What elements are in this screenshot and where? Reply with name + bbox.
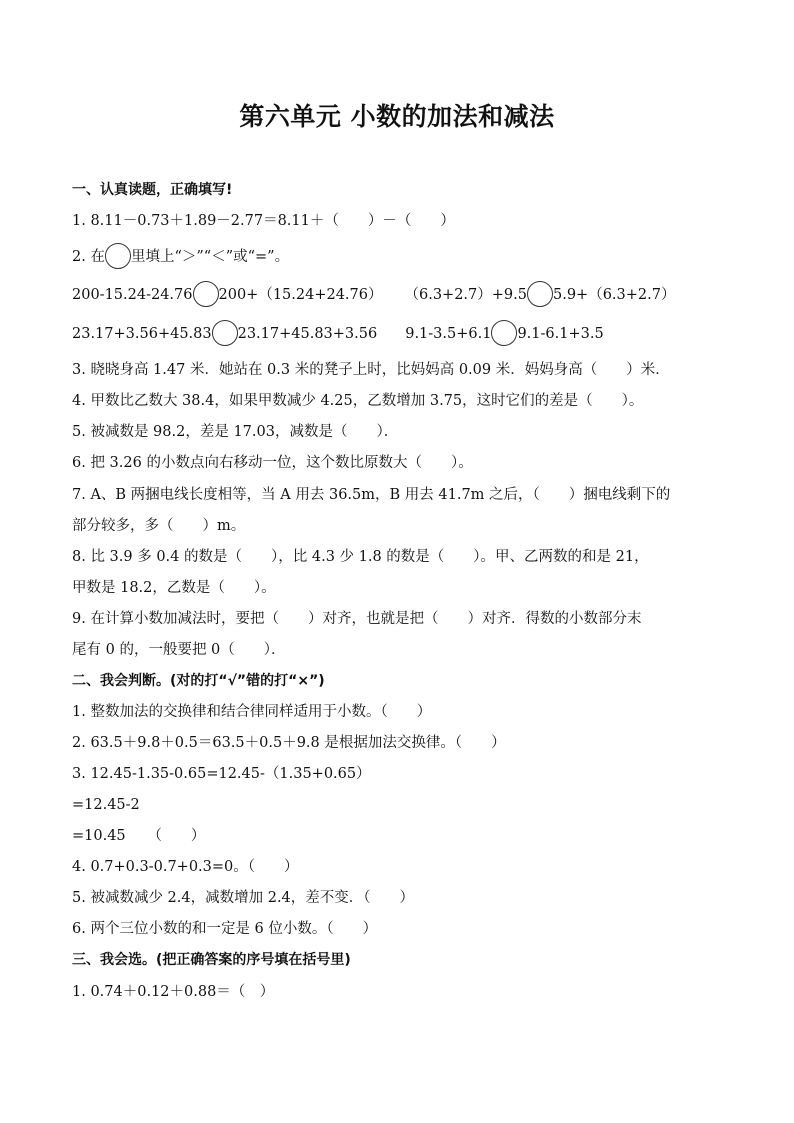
compare-right: 23.17+45.83+3.56 — [238, 326, 378, 342]
answer-circle[interactable] — [105, 243, 131, 269]
s2-question-2: 2. 63.5＋9.8＋0.5＝63.5＋0.5＋9.8 是根据加法交换律。（ … — [72, 733, 506, 753]
answer-circle[interactable] — [212, 320, 238, 346]
s1-question-2: 2. 在里填上“＞”“＜”或“=”。 — [72, 247, 289, 267]
compare-left: 200-15.24-24.76 — [72, 287, 193, 303]
compare-right: 9.1-6.1+3.5 — [517, 326, 603, 342]
compare-right: 5.9+（6.3+2.7） — [553, 287, 675, 303]
s1-question-8-line-1: 8. 比 3.9 多 0.4 的数是（ ），比 4.3 少 1.8 的数是（ ）… — [72, 547, 649, 567]
section-1-heading: 一、认真读题，正确填写! — [72, 180, 232, 200]
s2-question-1: 1. 整数加法的交换律和结合律同样适用于小数。（ ） — [72, 702, 431, 722]
compare-left: 9.1-3.5+6.1 — [405, 326, 491, 342]
s1-q2-row-1: 200-15.24-24.76200+（15.24+24.76）（6.3+2.7… — [72, 285, 675, 305]
answer-circle[interactable] — [491, 320, 517, 346]
s1-question-1: 1. 8.11－0.73＋1.89－2.77＝8.11＋（ ）－（ ） — [72, 211, 455, 231]
section-3-heading: 三、我会选。(把正确答案的序号填在括号里) — [72, 950, 351, 970]
s1-question-7-line-2: 部分较多，多（ ）m。 — [72, 516, 245, 536]
compare-left: 23.17+3.56+45.83 — [72, 326, 212, 342]
s3-question-1: 1. 0.74＋0.12＋0.88＝（ ） — [72, 982, 274, 1002]
section-2-heading: 二、我会判断。(对的打“√”错的打“×”) — [72, 671, 325, 691]
s1-question-4: 4. 甲数比乙数大 38.4，如果甲数减少 4.25，乙数增加 3.75，这时它… — [72, 391, 643, 411]
s2-question-5: 5. 被减数减少 2.4，减数增加 2.4，差不变．（ ） — [72, 888, 414, 908]
s1-question-6: 6. 把 3.26 的小数点向右移动一位，这个数比原数大（ ）。 — [72, 453, 473, 473]
s1-q2-row-2: 23.17+3.56+45.8323.17+45.83+3.569.1-3.5+… — [72, 324, 604, 344]
answer-circle[interactable] — [193, 281, 219, 307]
s1-question-3: 3. 晓晓身高 1.47 米．她站在 0.3 米的凳子上时，比妈妈高 0.09 … — [72, 360, 670, 380]
answer-circle[interactable] — [527, 281, 553, 307]
s2-question-6: 6. 两个三位小数的和一定是 6 位小数。（ ） — [72, 919, 377, 939]
s2-question-3-line-3: =10.45 （ ） — [72, 826, 205, 846]
q2-text-b: 里填上“＞”“＜”或“=”。 — [131, 249, 289, 265]
s1-question-8-line-2: 甲数是 18.2，乙数是（ ）。 — [72, 578, 276, 598]
s1-question-7-line-1: 7. A、B 两捆电线长度相等，当 A 用去 36.5m，B 用去 41.7m … — [72, 485, 670, 505]
compare-right: 200+（15.24+24.76） — [219, 287, 383, 303]
q2-text-a: 2. 在 — [72, 249, 105, 265]
s1-question-9-line-1: 9. 在计算小数加减法时，要把（ ）对齐，也就是把（ ）对齐．得数的小数部分末 — [72, 609, 641, 629]
s2-question-4: 4. 0.7+0.3-0.7+0.3=0。（ ） — [72, 857, 299, 877]
s1-question-5: 5. 被减数是 98.2，差是 17.03，减数是（ ）． — [72, 422, 398, 442]
s2-question-3-line-1: 3. 12.45-1.35-0.65=12.45-（1.35+0.65） — [72, 764, 371, 784]
compare-left: （6.3+2.7）+9.5 — [405, 287, 527, 303]
s2-question-3-line-2: =12.45-2 — [72, 795, 140, 815]
page-title: 第六单元 小数的加法和减法 — [0, 97, 794, 133]
s1-question-9-line-2: 尾有 0 的，一般要把 0（ ）． — [72, 640, 286, 660]
